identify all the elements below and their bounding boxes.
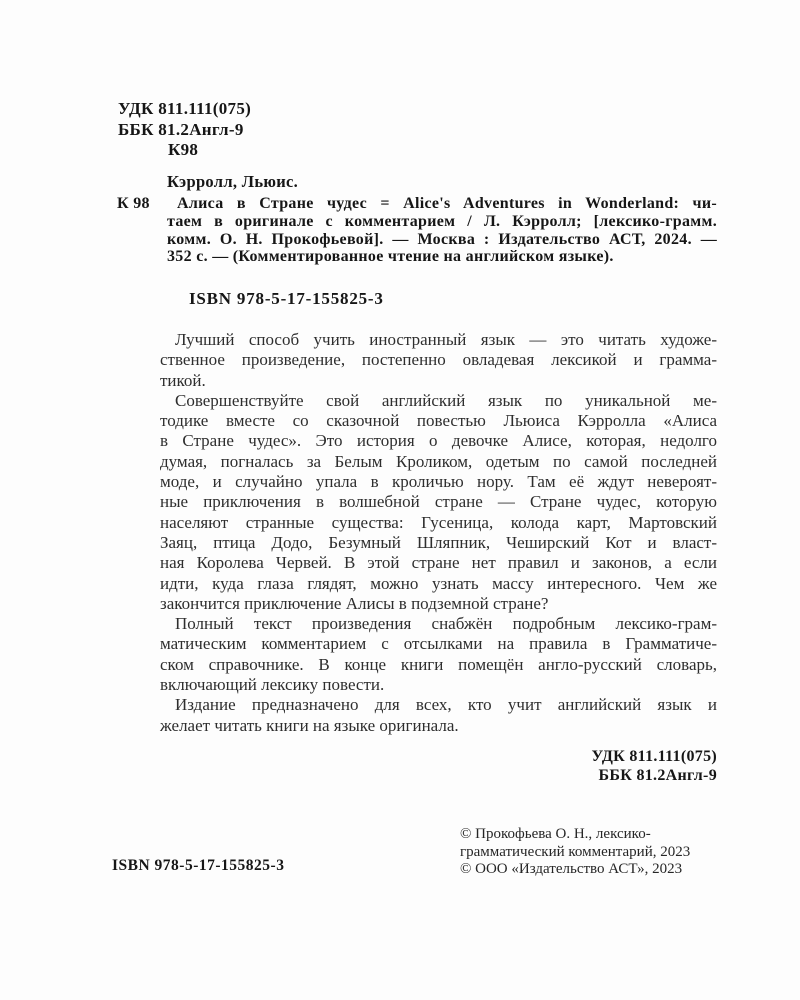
udk-code-bottom: УДК 811.111(075) <box>591 747 717 766</box>
annotation-text: Лучший способ учить иностранный язык — э… <box>160 330 717 736</box>
annotation-line: тодике вместе со сказочной повестью Льюи… <box>160 411 717 431</box>
annotation-line: моде, и случайно упала в кроличью нору. … <box>160 472 717 492</box>
catalog-entry-label: К 98 <box>117 195 150 213</box>
isbn-upper: ISBN 978-5-17-155825-3 <box>189 289 384 309</box>
annotation-line: в Стране чудес». Это история о девочке А… <box>160 431 717 451</box>
copyright-line: грамматический комментарий, 2023 <box>460 844 730 862</box>
annotation-line: Издание предназначено для всех, кто учит… <box>160 695 717 715</box>
copyright-block: © Прокофьева О. Н., лексико- грамматичес… <box>460 826 730 879</box>
annotation-line: ственное произведение, постепенно овладе… <box>160 350 717 370</box>
annotation-line: ском справочнике. В конце книги помещён … <box>160 655 717 675</box>
udk-code: УДК 811.111(075) <box>118 99 251 120</box>
bottom-codes-block: УДК 811.111(075) ББК 81.2Англ-9 <box>591 747 717 785</box>
annotation-line: Полный текст произведения снабжён подроб… <box>160 614 717 634</box>
catalog-line: Алиса в Стране чудес = Alice's Adventure… <box>167 195 717 213</box>
annotation-line: матическим комментарием с отсылками на п… <box>160 634 717 654</box>
annotation-line: тикой. <box>160 371 717 391</box>
annotation-line: населяют странные существа: Гусеница, ко… <box>160 513 717 533</box>
annotation-line: включающий лексику повести. <box>160 675 717 695</box>
catalog-entry-text: Алиса в Стране чудес = Alice's Adventure… <box>167 195 717 266</box>
annotation-line: закончится приключение Алисы в подземной… <box>160 594 717 614</box>
catalog-line: 352 с. — (Комментированное чтение на анг… <box>167 248 717 266</box>
author-name: Кэрролл, Льюис. <box>167 172 298 191</box>
annotation-line: Совершенствуйте свой английский язык по … <box>160 391 717 411</box>
copyright-line: © ООО «Издательство АСТ», 2023 <box>460 861 730 879</box>
book-copyright-page: УДК 811.111(075) ББК 81.2Англ-9 К98 Кэрр… <box>0 0 800 1000</box>
bbk-code: ББК 81.2Англ-9 <box>118 120 251 141</box>
author-sign-code: К98 <box>118 140 251 161</box>
annotation-line: Заяц, птица Додо, Безумный Шляпник, Чеши… <box>160 533 717 553</box>
annotation-line: Лучший способ учить иностранный язык — э… <box>160 330 717 350</box>
annotation-line: ная Королева Червей. В этой стране нет п… <box>160 553 717 573</box>
bbk-code-bottom: ББК 81.2Англ-9 <box>591 766 717 785</box>
catalog-line: таем в оригинале с комментарием / Л. Кэр… <box>167 213 717 231</box>
catalog-entry: К 98 Алиса в Стране чудес = Alice's Adve… <box>117 195 718 266</box>
top-codes-block: УДК 811.111(075) ББК 81.2Англ-9 К98 <box>118 99 251 161</box>
annotation-line: думая, погналась за Белым Кроликом, одет… <box>160 452 717 472</box>
annotation-line: идти, куда глаза глядят, можно узнать ма… <box>160 574 717 594</box>
copyright-line: © Прокофьева О. Н., лексико- <box>460 826 730 844</box>
catalog-line: комм. О. Н. Прокофьевой]. — Москва : Изд… <box>167 231 717 249</box>
annotation-line: желает читать книги на языке оригинала. <box>160 716 717 736</box>
isbn-lower: ISBN 978-5-17-155825-3 <box>112 857 284 875</box>
annotation-line: ные приключения в волшебной стране — Стр… <box>160 492 717 512</box>
